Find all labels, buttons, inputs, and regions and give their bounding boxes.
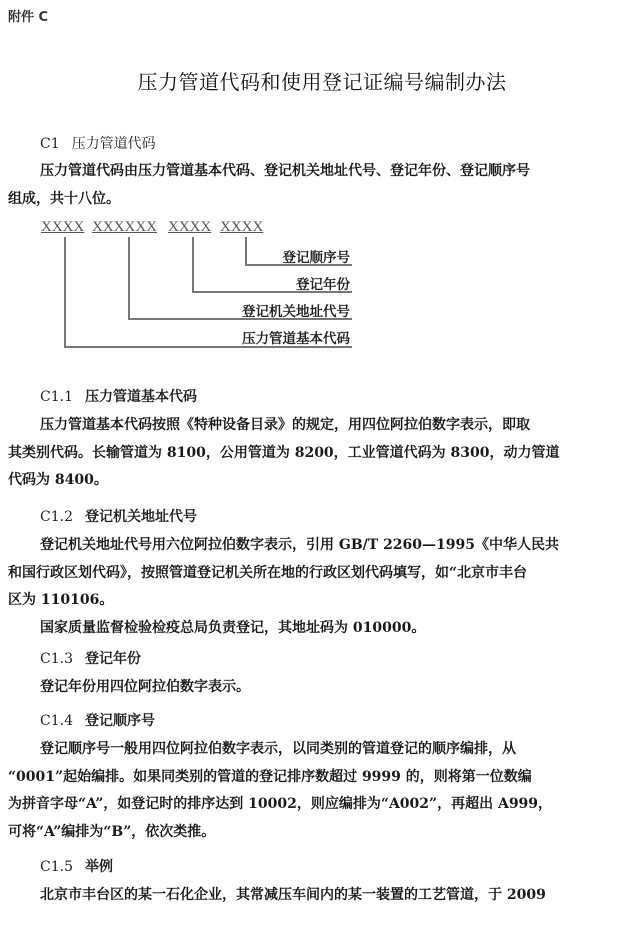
section-heading-c1-2: C1.2登记机关地址代号 bbox=[40, 506, 197, 526]
section-number: C1.2 bbox=[40, 509, 73, 525]
paragraph-c1-3: 登记年份用四位阿拉伯数字表示。 bbox=[8, 674, 628, 702]
section-title: 登记年份 bbox=[85, 651, 141, 667]
text-line: “0001”起始编排。如果同类别的管道的登记排序数超过 9999 的，则将第一位… bbox=[8, 764, 628, 792]
connector-line bbox=[245, 237, 247, 265]
paragraph-c1-2: 登记机关地址代号用六位阿拉伯数字表示，引用 GB/T 2260—1995《中华人… bbox=[8, 532, 628, 642]
paragraph-c1-5: 北京市丰台区的某一石化企业，其常减压车间内的某一装置的工艺管道，于 2009 bbox=[8, 882, 628, 910]
section-title: 举例 bbox=[85, 859, 113, 875]
code-structure-diagram: XXXX XXXXXX XXXX XXXX 登记顺序号 登记年份 登记机关地址代… bbox=[0, 215, 400, 355]
text-line: 国家质量监督检验检疫总局负责登记，其地址码为 010000。 bbox=[8, 615, 628, 643]
section-heading-c1-3: C1.3登记年份 bbox=[40, 648, 141, 668]
section-title: 压力管道基本代码 bbox=[85, 389, 197, 405]
section-number: C1.5 bbox=[40, 859, 73, 875]
text-line: 代码为 8400。 bbox=[8, 467, 628, 495]
section-heading-c1-5: C1.5举例 bbox=[40, 856, 113, 876]
section-heading-c1-1: C1.1压力管道基本代码 bbox=[40, 386, 197, 406]
section-title: 登记机关地址代号 bbox=[85, 509, 197, 525]
diagram-label-sequence: 登记顺序号 bbox=[283, 246, 351, 266]
paragraph-c1: 压力管道代码由压力管道基本代码、登记机关地址代号、登记年份、登记顺序号 组成，共… bbox=[8, 158, 628, 213]
text-line: 北京市丰台区的某一石化企业，其常减压车间内的某一装置的工艺管道，于 2009 bbox=[8, 882, 628, 910]
section-title: 登记顺序号 bbox=[85, 713, 155, 729]
section-number: C1 bbox=[40, 136, 60, 152]
diagram-label-basic: 压力管道基本代码 bbox=[242, 327, 350, 347]
text-line: 可将“A”编排为“B”，依次类推。 bbox=[8, 819, 628, 847]
text-line: 和国行政区划代码》，按照管道登记机关所在地的行政区划代码填写，如“北京市丰台 bbox=[8, 560, 628, 588]
paragraph-c1-4: 登记顺序号一般用四位阿拉伯数字表示，以同类别的管道登记的顺序编排，从 “0001… bbox=[8, 736, 628, 846]
text-line: 压力管道代码由压力管道基本代码、登记机关地址代号、登记年份、登记顺序号 bbox=[8, 158, 628, 186]
text-line: 登记机关地址代号用六位阿拉伯数字表示，引用 GB/T 2260—1995《中华人… bbox=[8, 532, 628, 560]
code-group-sequence: XXXX bbox=[220, 219, 263, 236]
section-title: 压力管道代码 bbox=[72, 136, 156, 152]
code-group-basic: XXXX bbox=[41, 219, 84, 236]
page-title: 压力管道代码和使用登记证编号编制办法 bbox=[0, 66, 644, 95]
text-line: 登记顺序号一般用四位阿拉伯数字表示，以同类别的管道登记的顺序编排，从 bbox=[8, 736, 628, 764]
section-heading-c1-4: C1.4登记顺序号 bbox=[40, 710, 155, 730]
text-line: 组成，共十八位。 bbox=[8, 186, 628, 214]
section-heading-c1: C1压力管道代码 bbox=[40, 133, 156, 153]
code-group-year: XXXX bbox=[168, 219, 211, 236]
text-line: 登记年份用四位阿拉伯数字表示。 bbox=[8, 674, 628, 702]
connector-line bbox=[192, 237, 194, 292]
connector-line bbox=[128, 237, 130, 319]
diagram-label-year: 登记年份 bbox=[296, 273, 350, 293]
text-line: 其类别代码。长输管道为 8100，公用管道为 8200，工业管道代码为 8300… bbox=[8, 440, 628, 468]
connector-line bbox=[64, 237, 66, 347]
code-group-address: XXXXXX bbox=[92, 219, 157, 236]
attachment-label: 附件 C bbox=[8, 6, 48, 25]
section-number: C1.3 bbox=[40, 651, 73, 667]
section-number: C1.1 bbox=[40, 389, 73, 405]
paragraph-c1-1: 压力管道基本代码按照《特种设备目录》的规定，用四位阿拉伯数字表示，即取 其类别代… bbox=[8, 412, 628, 495]
text-line: 区为 110106。 bbox=[8, 587, 628, 615]
text-line: 为拼音字母“A”，如登记时的排序达到 10002，则应编排为“A002”，再超出… bbox=[8, 791, 628, 819]
text-line: 压力管道基本代码按照《特种设备目录》的规定，用四位阿拉伯数字表示，即取 bbox=[8, 412, 628, 440]
diagram-label-address: 登记机关地址代号 bbox=[242, 300, 350, 320]
section-number: C1.4 bbox=[40, 713, 73, 729]
